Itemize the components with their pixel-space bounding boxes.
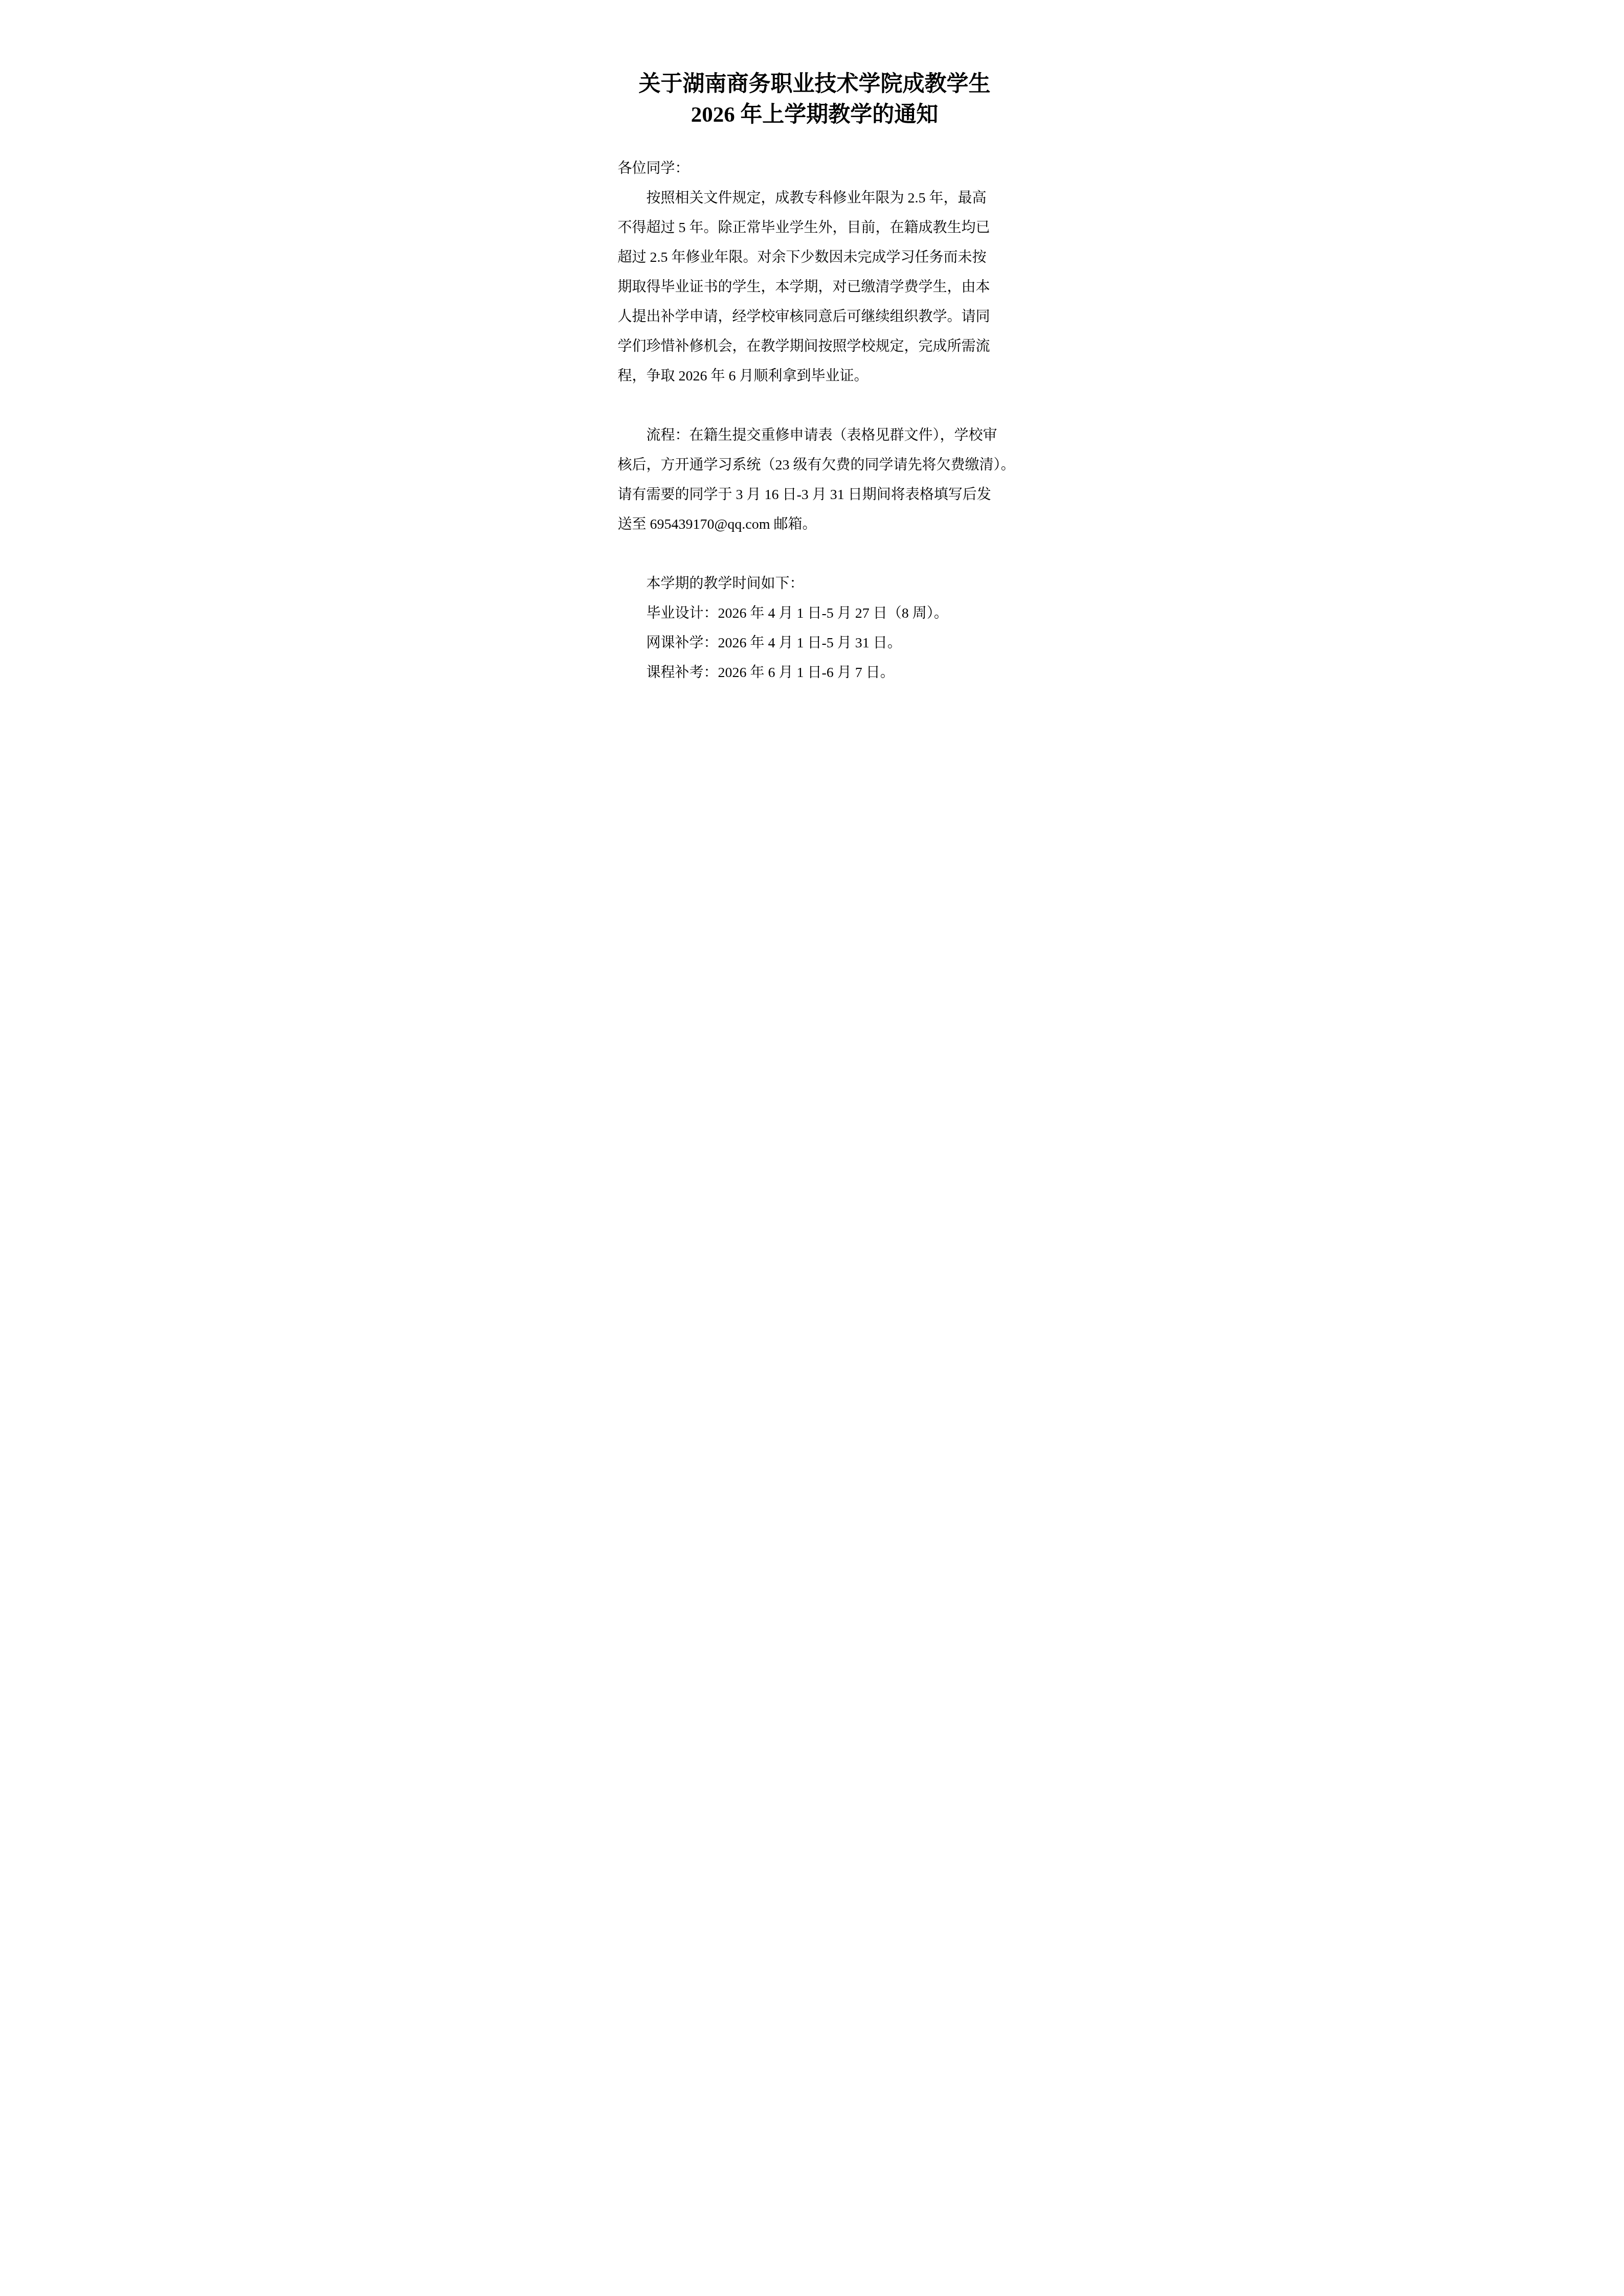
schedule-item: 毕业设计：2026 年 4 月 1 日-5 月 27 日（8 周）。 (618, 599, 1012, 628)
body-line: 期取得毕业证书的学生，本学期，对已缴清学费学生，由本 (618, 273, 1012, 302)
body-line: 不得超过 5 年。除正常毕业学生外，目前，在籍成教生均已 (618, 213, 1012, 243)
paragraph-1: 按照相关文件规定，成教专科修业年限为 2.5 年，最高 不得超过 5 年。除正常… (618, 184, 1012, 391)
body-line: 人提出补学申请，经学校审核同意后可继续组织教学。请同 (618, 302, 1012, 332)
body-line-email: 送至 695439170@qq.com 邮箱。 (618, 510, 1012, 539)
body-line: 请有需要的同学于 3 月 16 日-3 月 31 日期间将表格填写后发 (618, 480, 1012, 510)
body-line: 超过 2.5 年修业年限。对余下少数因未完成学习任务而未按 (618, 243, 1012, 273)
schedule-item: 网课补学：2026 年 4 月 1 日-5 月 31 日。 (618, 628, 1012, 658)
schedule-section: 本学期的教学时间如下： 毕业设计：2026 年 4 月 1 日-5 月 27 日… (618, 569, 1012, 688)
notice-title: 关于湖南商务职业技术学院成教学生 2026 年上学期教学的通知 (618, 69, 1012, 130)
paragraph-2: 流程：在籍生提交重修申请表（表格见群文件），学校审 核后，方开通学习系统（23 … (618, 421, 1012, 539)
notice-title-line-1: 关于湖南商务职业技术学院成教学生 (618, 69, 1012, 100)
blank-line (618, 391, 1012, 421)
body-line: 程，争取 2026 年 6 月顺利拿到毕业证。 (618, 362, 1012, 391)
blank-line (618, 539, 1012, 569)
body-line: 按照相关文件规定，成教专科修业年限为 2.5 年，最高 (618, 184, 1012, 213)
schedule-heading: 本学期的教学时间如下： (618, 569, 1012, 599)
body-line: 学们珍惜补修机会，在教学期间按照学校规定，完成所需流 (618, 332, 1012, 362)
notice-title-line-2: 2026 年上学期教学的通知 (618, 100, 1012, 130)
body-line: 核后，方开通学习系统（23 级有欠费的同学请先将欠费缴清）。 (618, 451, 1012, 480)
document-page: 关于湖南商务职业技术学院成教学生 2026 年上学期教学的通知 各位同学： 按照… (531, 0, 1094, 796)
salutation: 各位同学： (618, 154, 1012, 184)
body-line: 流程：在籍生提交重修申请表（表格见群文件），学校审 (618, 421, 1012, 451)
notice-body: 各位同学： 按照相关文件规定，成教专科修业年限为 2.5 年，最高 不得超过 5… (618, 154, 1012, 688)
schedule-item: 课程补考：2026 年 6 月 1 日-6 月 7 日。 (618, 658, 1012, 688)
